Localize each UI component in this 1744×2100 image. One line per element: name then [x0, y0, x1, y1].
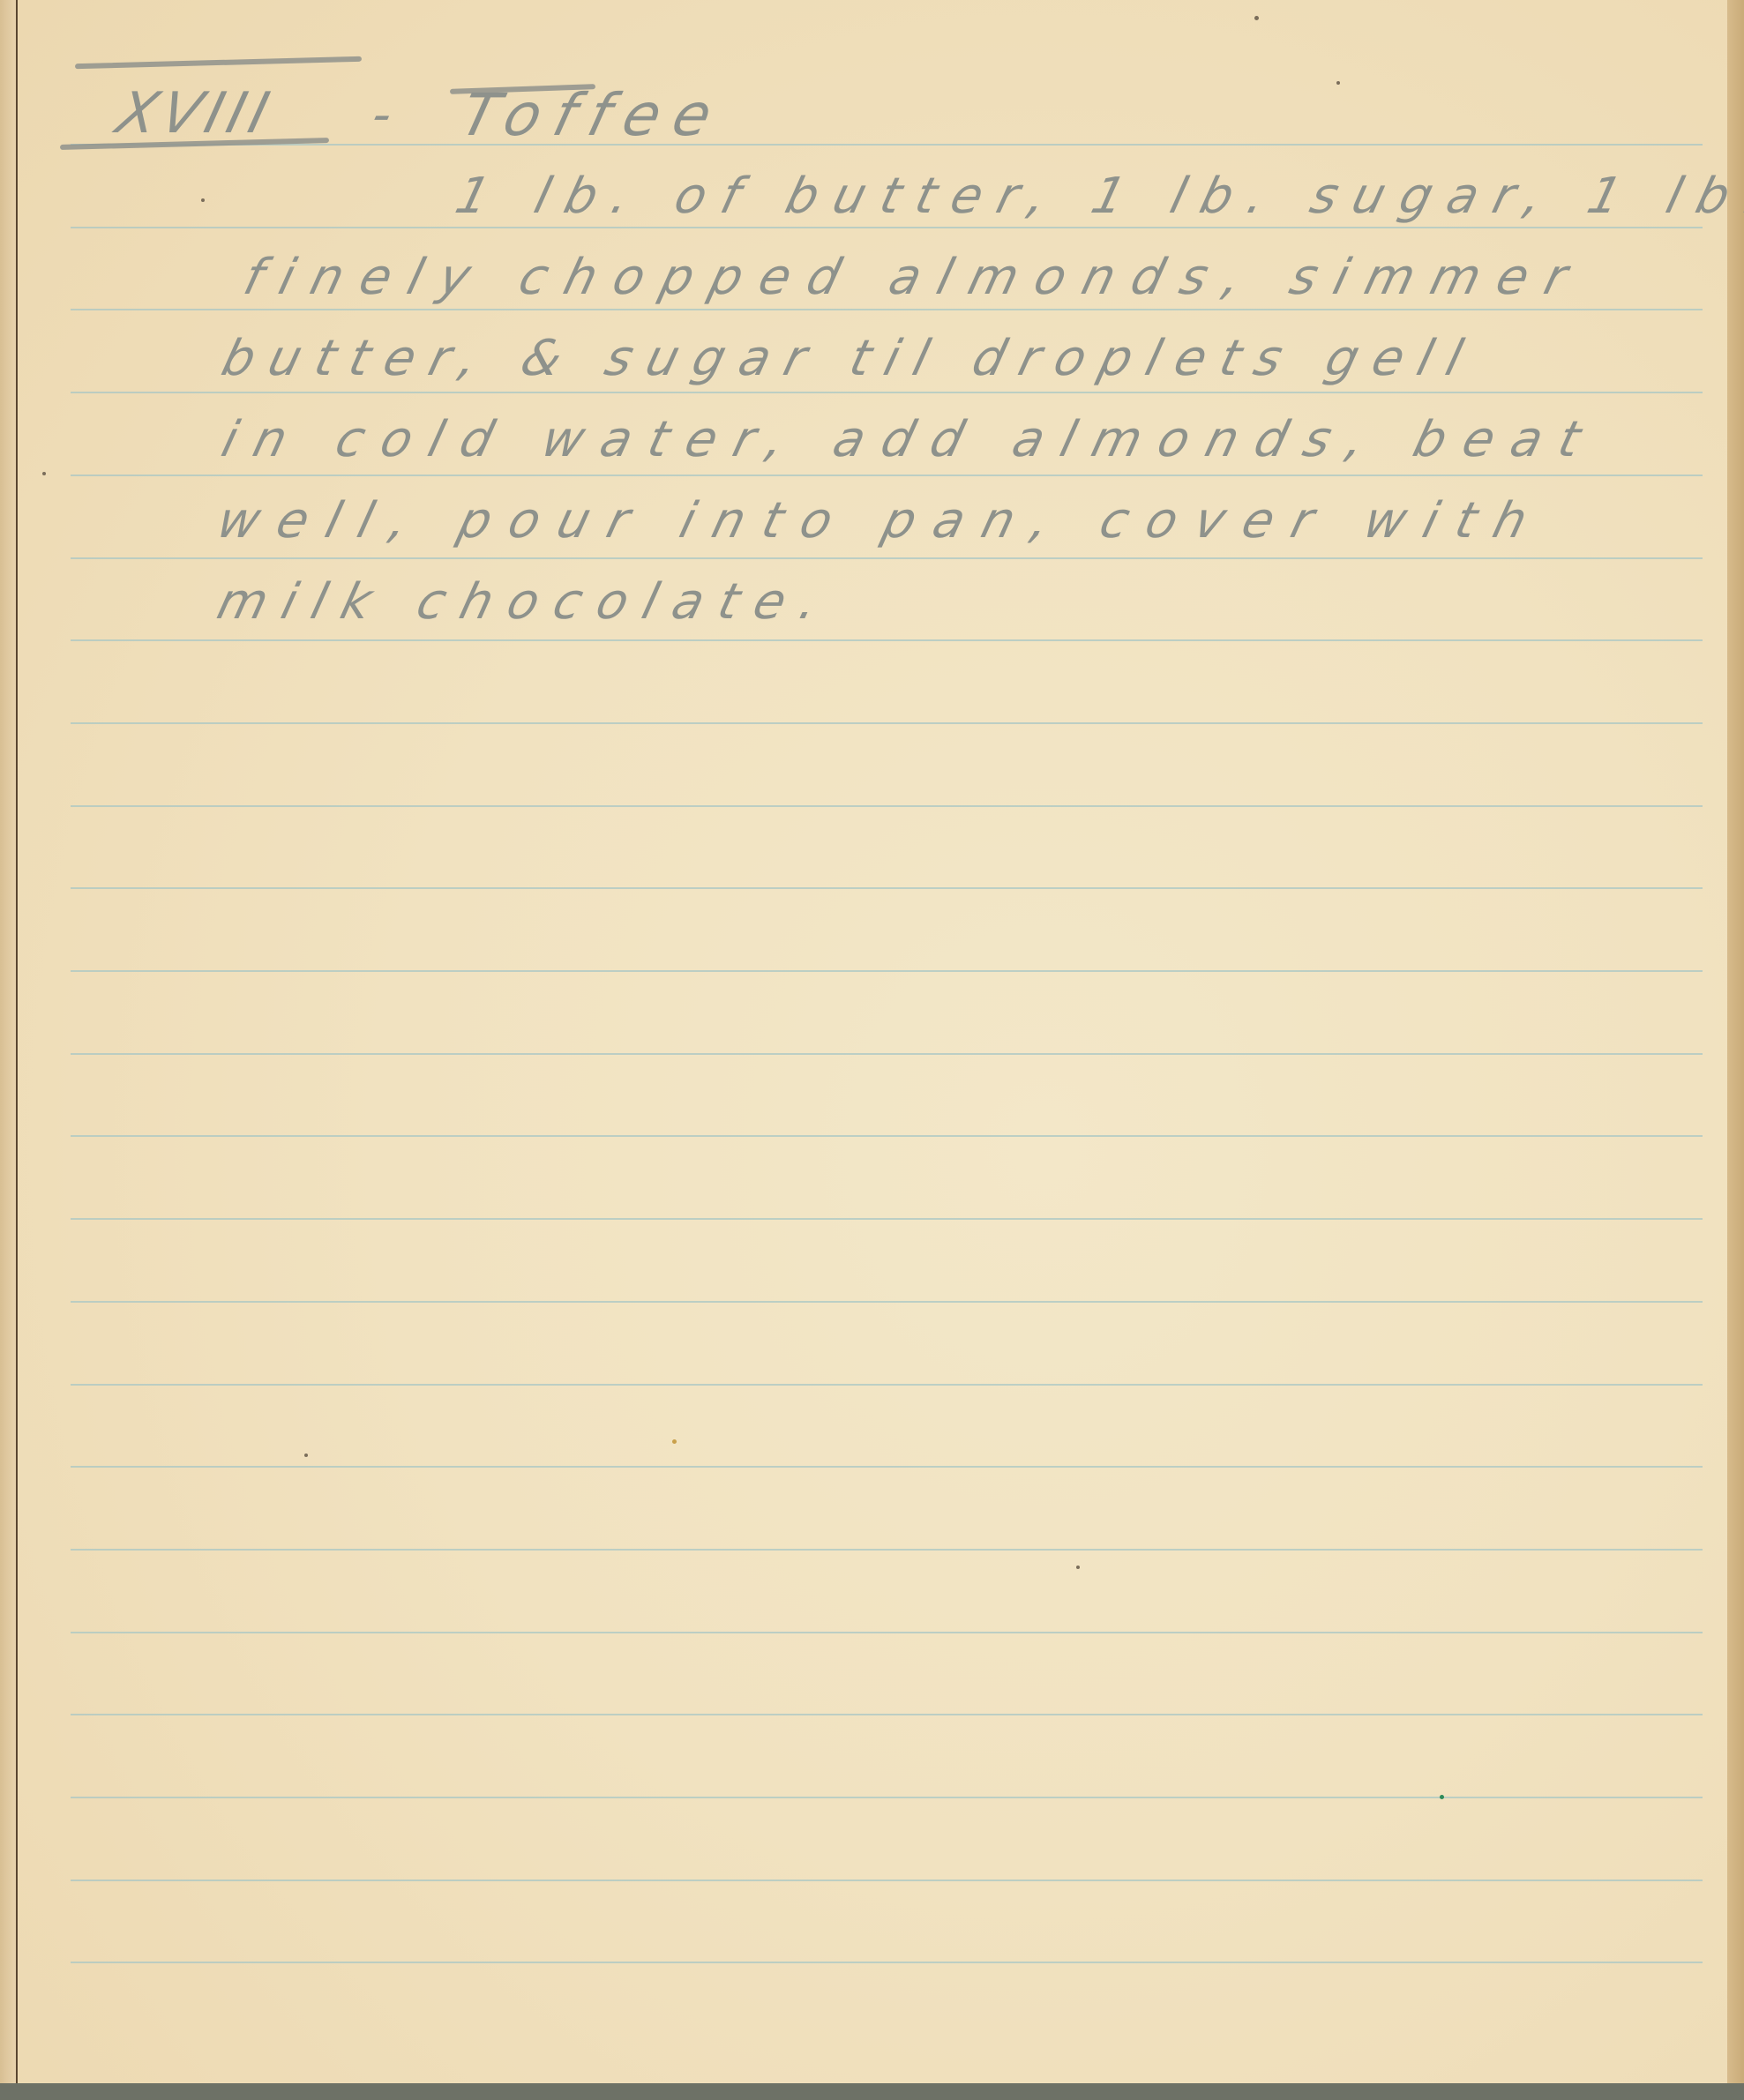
- ruled-line: [71, 227, 1703, 228]
- ruled-line: [71, 1135, 1703, 1137]
- ruled-line: [71, 1632, 1703, 1633]
- ruled-line: [71, 144, 1703, 146]
- paper-speck: [304, 1454, 308, 1457]
- paper-speck: [672, 1439, 677, 1444]
- ruled-line: [71, 1797, 1703, 1798]
- ruled-line: [71, 1549, 1703, 1551]
- paper-speck: [1440, 1795, 1444, 1799]
- recipe-title: Toffee: [454, 81, 732, 149]
- page-right-edge: [1727, 0, 1744, 2083]
- ruled-line: [71, 1962, 1703, 1963]
- ruled-line: [71, 1714, 1703, 1715]
- ruled-line: [71, 887, 1703, 889]
- recipe-number: XVIII: [110, 81, 281, 146]
- recipe-line-1: 1 lb. of butter, 1 lb. sugar, 1 lb.: [450, 168, 1744, 225]
- paper-speck: [201, 198, 205, 202]
- recipe-line-6: milk chocolate.: [212, 573, 840, 631]
- ruled-line: [71, 557, 1703, 559]
- ruled-line: [71, 1466, 1703, 1468]
- ruled-line: [71, 1053, 1703, 1055]
- ruled-line: [71, 1880, 1703, 1881]
- ruled-line: [71, 1384, 1703, 1386]
- ruled-line: [71, 392, 1703, 393]
- recipe-line-5: well, pour into pan, cover with: [212, 492, 1552, 549]
- recipe-line-3: butter, & sugar til droplets gell: [216, 330, 1483, 387]
- paper-speck: [42, 472, 46, 475]
- ruled-line: [71, 475, 1703, 476]
- ruled-line: [71, 970, 1703, 972]
- ruled-line: [71, 1218, 1703, 1220]
- notebook-spine: [0, 0, 16, 2083]
- recipe-line-4: in cold water, add almonds, beat: [216, 411, 1604, 468]
- ruled-line: [71, 639, 1703, 641]
- paper-speck: [1254, 16, 1259, 20]
- recipe-line-2: finely chopped almonds, simmer: [238, 249, 1591, 306]
- paper-speck: [1076, 1566, 1080, 1569]
- paper-speck: [1336, 81, 1340, 85]
- background-strip: [0, 2083, 1744, 2100]
- ruled-line: [71, 309, 1703, 310]
- ruled-line: [71, 722, 1703, 724]
- ruled-line: [71, 1301, 1703, 1303]
- ruled-line: [71, 805, 1703, 807]
- notebook-page: [16, 0, 1729, 2083]
